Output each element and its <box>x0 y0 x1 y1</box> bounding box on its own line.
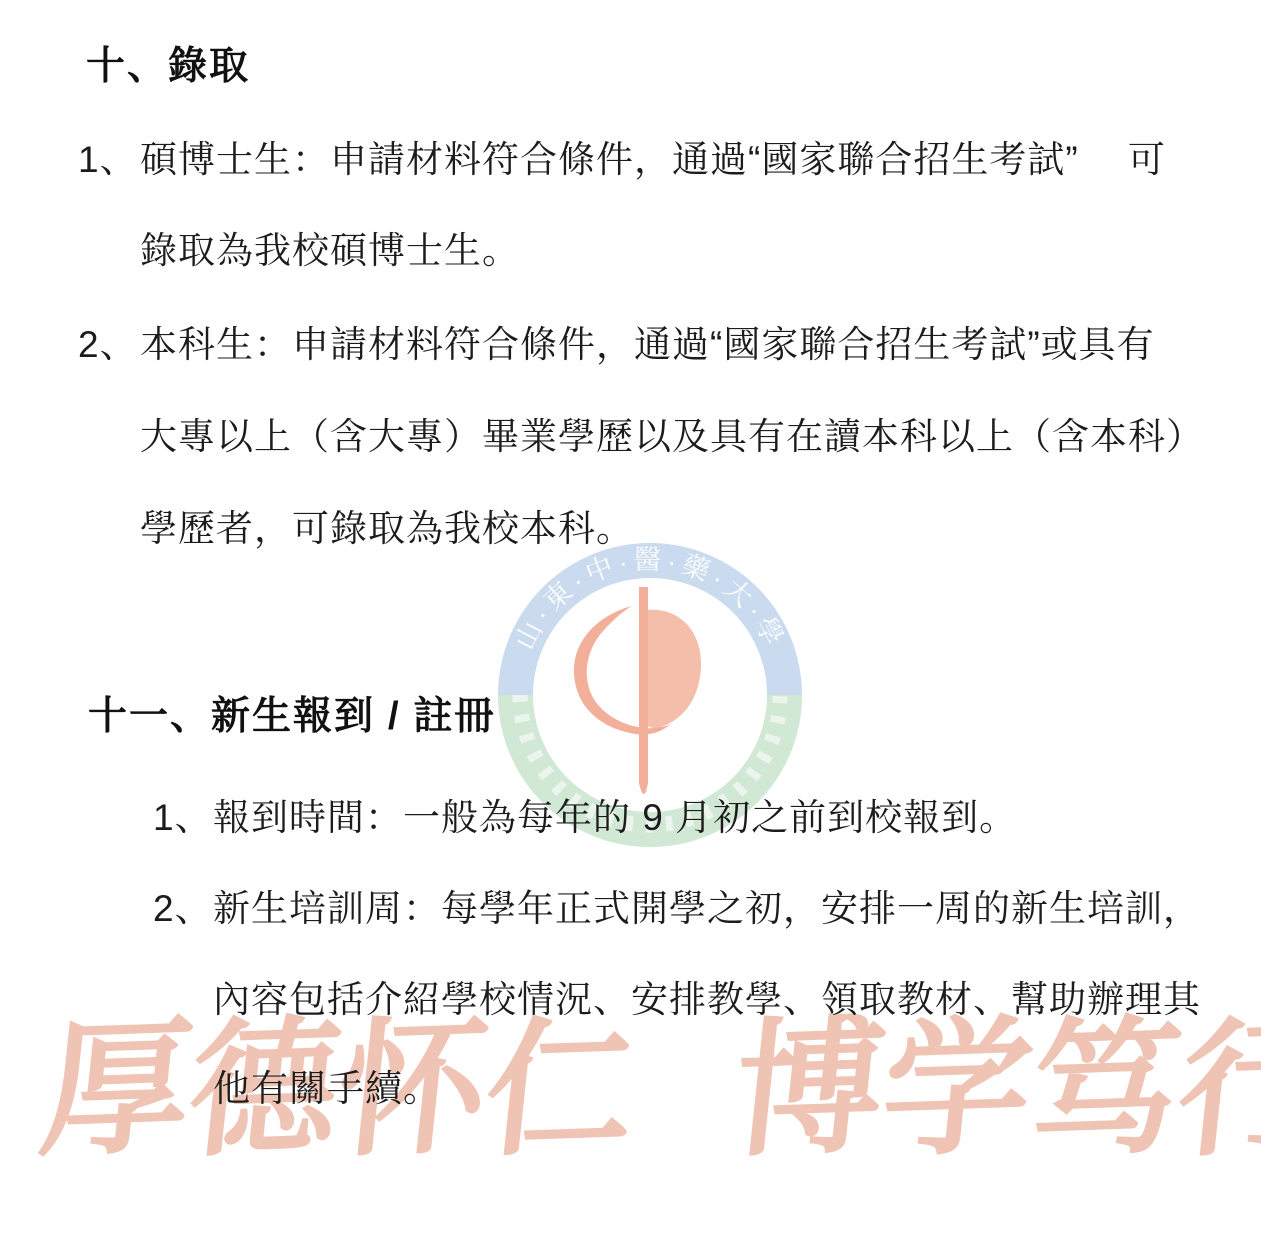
calligraphy-watermark-right: 博 学 笃 行 <box>735 1008 1261 1178</box>
calligraphy-char: 学 <box>874 1005 1041 1180</box>
line-text: 內容包括介紹學校情況、安排教學、領取教材、幫助辦理其 <box>213 979 1201 1020</box>
section-10-item-1-line-1: 1、碩博士生：申請材料符合條件，通過“國家聯合招生考試” 可 <box>78 135 1166 185</box>
section-10-heading: 十、錄取 <box>86 42 250 92</box>
line-text: 碩博士生：申請材料符合條件，通過“國家聯合招生考試” 可 <box>140 139 1166 180</box>
list-marker: 2、 <box>78 320 140 370</box>
calligraphy-char: 行 <box>1170 1005 1261 1180</box>
section-11-item-2-line-1: 2、新生培訓周：每學年正式開學之初，安排一周的新生培訓， <box>153 884 1201 934</box>
section-11-item-2-line-3: 他有關手續。 <box>213 1064 441 1114</box>
section-11-item-1-line-1: 1、報到時間：一般為每年的 9 月初之前到校報到。 <box>153 793 1017 843</box>
calligraphy-char: 仁 <box>477 1005 644 1180</box>
line-text: 錄取為我校碩博士生。 <box>140 230 520 271</box>
list-marker: 1、 <box>78 135 140 185</box>
line-text: 報到時間：一般為每年的 9 月初之前到校報到。 <box>213 797 1017 838</box>
calligraphy-char: 笃 <box>1022 1005 1189 1180</box>
line-text: 他有關手續。 <box>213 1068 441 1109</box>
list-marker: 2、 <box>153 884 213 934</box>
list-marker: 1、 <box>153 793 213 843</box>
section-10-item-1-line-2: 錄取為我校碩博士生。 <box>140 226 520 276</box>
section-11-item-2-line-2: 內容包括介紹學校情況、安排教學、領取教材、幫助辦理其 <box>213 975 1201 1025</box>
calligraphy-char: 博 <box>726 1005 893 1180</box>
section-10-item-2-line-1: 2、本科生：申請材料符合條件，通過“國家聯合招生考試”或具有 <box>78 320 1155 370</box>
section-11-heading: 十一、新生報到 / 註冊 <box>88 692 496 742</box>
line-text: 學歷者，可錄取為我校本科。 <box>140 508 634 549</box>
calligraphy-char: 厚 <box>33 1005 200 1180</box>
section-10-item-2-line-3: 學歷者，可錄取為我校本科。 <box>140 504 634 554</box>
line-text: 本科生：申請材料符合條件，通過“國家聯合招生考試”或具有 <box>140 324 1155 365</box>
document-page: 山·東·中·醫·藥·大·學 厚 德 怀 仁 博 学 笃 行 十、錄取 1、碩博士… <box>0 0 1261 1239</box>
line-text: 大專以上（含大專）畢業學歷以及具有在讀本科以上（含本科） <box>140 416 1204 457</box>
section-10-item-2-line-2: 大專以上（含大專）畢業學歷以及具有在讀本科以上（含本科） <box>140 412 1204 462</box>
line-text: 新生培訓周：每學年正式開學之初，安排一周的新生培訓， <box>213 888 1201 929</box>
